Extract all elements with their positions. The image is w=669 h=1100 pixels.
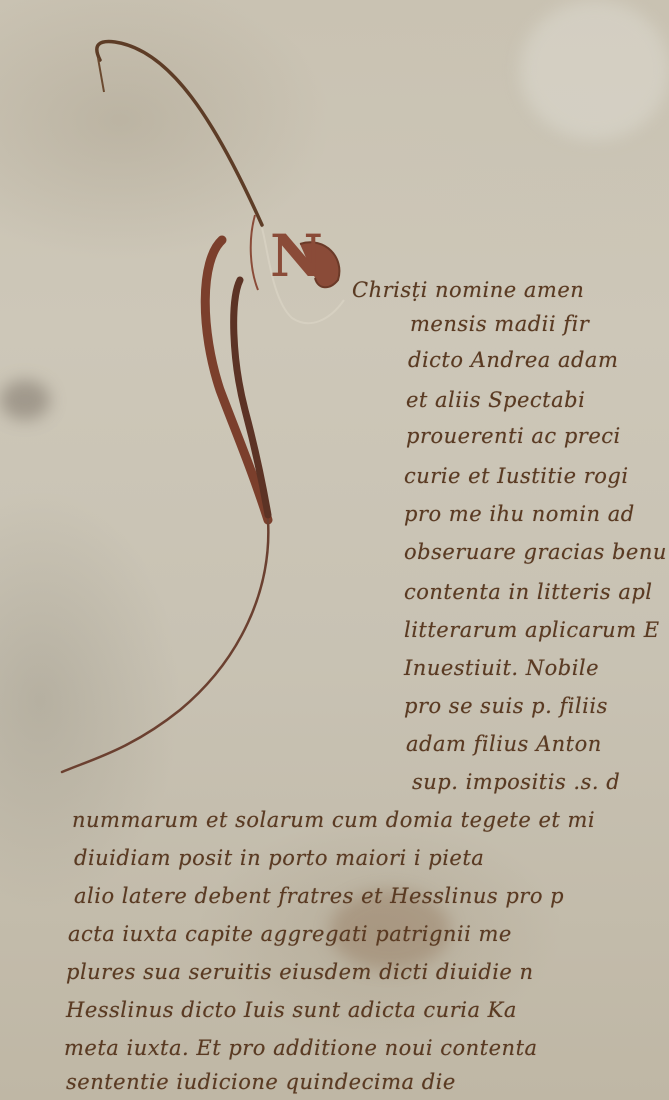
- text-line: meta iuxta. Et pro additione noui conten…: [64, 1036, 538, 1060]
- text-line: plures sua seruitis eiusdem dicti diuidi…: [66, 960, 534, 984]
- text-line: pro se suis p. filiis: [404, 694, 608, 718]
- initial-letter: N: [270, 222, 323, 290]
- text-line: acta iuxta capite aggregati patrignii me: [68, 922, 512, 946]
- text-line: Inuestiuit. Nobile: [404, 656, 599, 680]
- text-line: curie et Iustitie rogi: [404, 464, 629, 488]
- text-line: nummarum et solarum cum domia tegete et …: [72, 808, 595, 832]
- text-line: obseruare gracias benu: [404, 540, 667, 564]
- manuscript-page: N Chrisṭi nomine amen mensis madii fir d…: [0, 0, 669, 1100]
- text-line: litterarum aplicarum E: [404, 618, 660, 642]
- text-line: adam filius Anton: [406, 732, 602, 756]
- text-line: alio latere debent fratres et Hesslinus …: [74, 884, 564, 908]
- text-line: Chrisṭi nomine amen: [352, 278, 584, 302]
- text-line: sententie iudicione quindecima die: [66, 1070, 456, 1094]
- text-line: sup. impositis .s. d: [412, 770, 620, 794]
- text-line: contenta in litteris apl: [404, 580, 653, 604]
- text-line: prouerenti ac preci: [406, 424, 621, 448]
- text-line: pro me ihu nomin ad: [404, 502, 635, 526]
- text-line: Hesslinus dicto Iuis sunt adicta curia K…: [66, 998, 517, 1022]
- text-line: dicto Andrea adam: [408, 348, 618, 372]
- text-line: mensis madii fir: [410, 312, 589, 336]
- text-line: et aliis Spectabi: [406, 388, 585, 412]
- text-line: diuidiam posit in porto maiori i pieta: [74, 846, 484, 870]
